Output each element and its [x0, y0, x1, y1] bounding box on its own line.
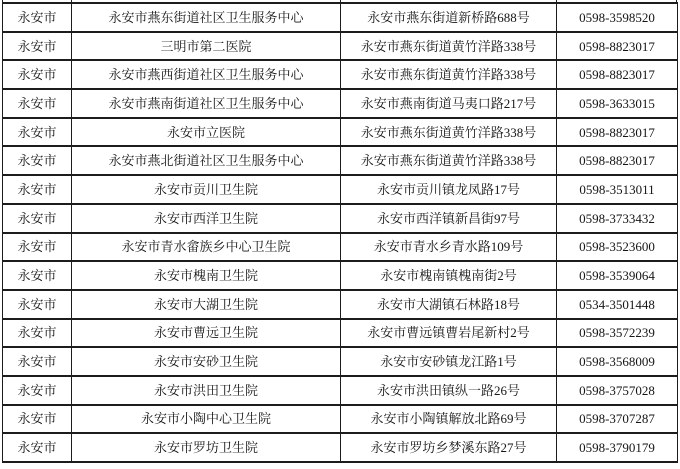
institution-cell: 三明市第二医院 [72, 32, 341, 61]
address-cell: 永安市大湖镇石林路18号 [341, 290, 557, 319]
institution-cell: 永安市青水畲族乡中心卫生院 [72, 233, 341, 262]
health-facility-table: 永安市永安市燕东街道社区卫生服务中心永安市燕东街道新桥路688号0598-359… [2, 2, 678, 463]
address-cell: 永安市安砂镇龙江路1号 [341, 347, 557, 376]
table-row: 永安市永安市罗坊卫生院永安市罗坊乡梦溪东路27号0598-3790179 [3, 433, 678, 462]
institution-cell: 永安市西洋卫生院 [72, 204, 341, 233]
institution-cell: 永安市贡川卫生院 [72, 175, 341, 204]
address-cell: 永安市燕东街道黄竹洋路338号 [341, 60, 557, 89]
address-cell: 永安市小陶镇解放北路69号 [341, 405, 557, 434]
phone-cell: 0598-3633015 [557, 89, 678, 118]
table-row: 永安市三明市第二医院永安市燕东街道黄竹洋路338号0598-8823017 [3, 32, 678, 61]
city-cell: 永安市 [3, 204, 72, 233]
table-row: 永安市永安市燕东街道社区卫生服务中心永安市燕东街道新桥路688号0598-359… [3, 3, 678, 32]
address-cell: 永安市罗坊乡梦溪东路27号 [341, 433, 557, 462]
institution-cell: 永安市燕东街道社区卫生服务中心 [72, 3, 341, 32]
city-cell: 永安市 [3, 233, 72, 262]
institution-cell: 永安市槐南卫生院 [72, 261, 341, 290]
phone-cell: 0598-3539064 [557, 261, 678, 290]
table-body: 永安市永安市燕东街道社区卫生服务中心永安市燕东街道新桥路688号0598-359… [3, 3, 678, 462]
phone-cell: 0598-8823017 [557, 146, 678, 175]
city-cell: 永安市 [3, 118, 72, 147]
phone-cell: 0598-3707287 [557, 405, 678, 434]
phone-cell: 0598-3523600 [557, 233, 678, 262]
city-cell: 永安市 [3, 347, 72, 376]
city-cell: 永安市 [3, 290, 72, 319]
address-cell: 永安市燕东街道黄竹洋路338号 [341, 32, 557, 61]
address-cell: 永安市西洋镇新昌街97号 [341, 204, 557, 233]
phone-cell: 0598-3598520 [557, 3, 678, 32]
address-cell: 永安市槐南镇槐南街2号 [341, 261, 557, 290]
document-page: 永安市永安市燕东街道社区卫生服务中心永安市燕东街道新桥路688号0598-359… [0, 0, 680, 469]
table-row: 永安市永安市燕西街道社区卫生服务中心永安市燕东街道黄竹洋路338号0598-88… [3, 60, 678, 89]
institution-cell: 永安市燕南街道社区卫生服务中心 [72, 89, 341, 118]
city-cell: 永安市 [3, 146, 72, 175]
address-cell: 永安市青水乡青水路109号 [341, 233, 557, 262]
table-row: 永安市永安市安砂卫生院永安市安砂镇龙江路1号0598-3568009 [3, 347, 678, 376]
city-cell: 永安市 [3, 261, 72, 290]
table-row: 永安市永安市燕北街道社区卫生服务中心永安市燕东街道黄竹洋路338号0598-88… [3, 146, 678, 175]
city-cell: 永安市 [3, 319, 72, 348]
table-row: 永安市永安市槐南卫生院永安市槐南镇槐南街2号0598-3539064 [3, 261, 678, 290]
address-cell: 永安市燕东街道黄竹洋路338号 [341, 146, 557, 175]
address-cell: 永安市燕南街道马夷口路217号 [341, 89, 557, 118]
phone-cell: 0534-3501448 [557, 290, 678, 319]
institution-cell: 永安市安砂卫生院 [72, 347, 341, 376]
institution-cell: 永安市大湖卫生院 [72, 290, 341, 319]
address-cell: 永安市曹远镇曹岩尾新村2号 [341, 319, 557, 348]
address-cell: 永安市燕东街道新桥路688号 [341, 3, 557, 32]
table-row: 永安市永安市大湖卫生院永安市大湖镇石林路18号0534-3501448 [3, 290, 678, 319]
institution-cell: 永安市小陶中心卫生院 [72, 405, 341, 434]
table-row: 永安市永安市贡川卫生院永安市贡川镇龙凤路17号0598-3513011 [3, 175, 678, 204]
table-row: 永安市永安市曹远卫生院永安市曹远镇曹岩尾新村2号0598-3572239 [3, 319, 678, 348]
phone-cell: 0598-3513011 [557, 175, 678, 204]
institution-cell: 永安市立医院 [72, 118, 341, 147]
phone-cell: 0598-3572239 [557, 319, 678, 348]
phone-cell: 0598-3757028 [557, 376, 678, 405]
table-row: 永安市永安市西洋卫生院永安市西洋镇新昌街97号0598-3733432 [3, 204, 678, 233]
phone-cell: 0598-8823017 [557, 60, 678, 89]
city-cell: 永安市 [3, 60, 72, 89]
city-cell: 永安市 [3, 433, 72, 462]
address-cell: 永安市燕东街道黄竹洋路338号 [341, 118, 557, 147]
address-cell: 永安市贡川镇龙凤路17号 [341, 175, 557, 204]
institution-cell: 永安市曹远卫生院 [72, 319, 341, 348]
table-row: 永安市永安市青水畲族乡中心卫生院永安市青水乡青水路109号0598-352360… [3, 233, 678, 262]
city-cell: 永安市 [3, 32, 72, 61]
city-cell: 永安市 [3, 175, 72, 204]
city-cell: 永安市 [3, 89, 72, 118]
institution-cell: 永安市燕西街道社区卫生服务中心 [72, 60, 341, 89]
phone-cell: 0598-3733432 [557, 204, 678, 233]
table-row: 永安市永安市立医院永安市燕东街道黄竹洋路338号0598-8823017 [3, 118, 678, 147]
city-cell: 永安市 [3, 405, 72, 434]
table-row: 永安市永安市燕南街道社区卫生服务中心永安市燕南街道马夷口路217号0598-36… [3, 89, 678, 118]
city-cell: 永安市 [3, 376, 72, 405]
phone-cell: 0598-8823017 [557, 118, 678, 147]
city-cell: 永安市 [3, 3, 72, 32]
institution-cell: 永安市罗坊卫生院 [72, 433, 341, 462]
institution-cell: 永安市燕北街道社区卫生服务中心 [72, 146, 341, 175]
address-cell: 永安市洪田镇纵一路26号 [341, 376, 557, 405]
phone-cell: 0598-8823017 [557, 32, 678, 61]
phone-cell: 0598-3790179 [557, 433, 678, 462]
table-row: 永安市永安市小陶中心卫生院永安市小陶镇解放北路69号0598-3707287 [3, 405, 678, 434]
institution-cell: 永安市洪田卫生院 [72, 376, 341, 405]
table-row: 永安市永安市洪田卫生院永安市洪田镇纵一路26号0598-3757028 [3, 376, 678, 405]
phone-cell: 0598-3568009 [557, 347, 678, 376]
